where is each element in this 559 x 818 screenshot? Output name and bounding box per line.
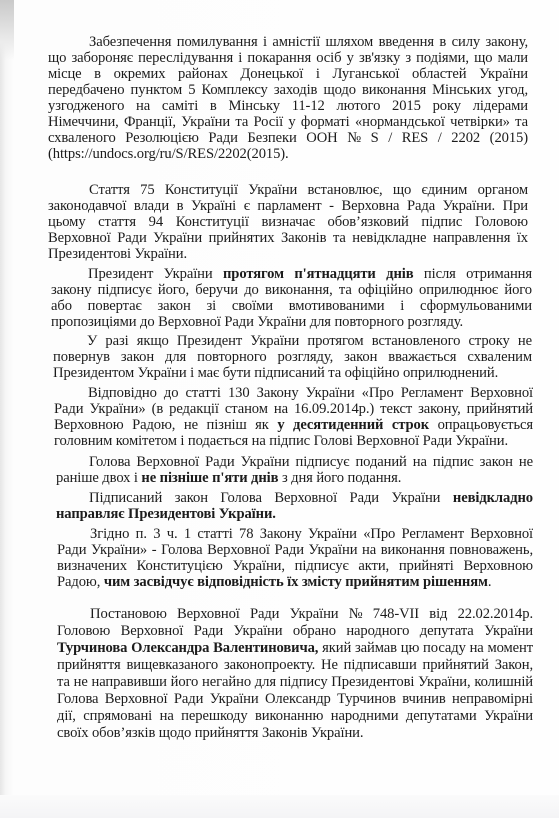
text-run: Підписаний закон Голова Верховної Ради У…: [89, 490, 453, 506]
text-line: визначених Конституцією України, підпису…: [57, 558, 533, 574]
text-run: закону підписує його, беручи до виконанн…: [51, 282, 532, 298]
text-line: раніше двох і не пізніше п'яти днів з дн…: [56, 470, 533, 486]
text-line: місце в окремих районах Донецької і Луга…: [48, 66, 528, 82]
text-line: Постановою Верховної Ради України № 748-…: [90, 606, 533, 622]
text-run: Радою,: [57, 574, 104, 590]
text-run: дії, спрямовані на перешкоду виконанню н…: [57, 708, 533, 724]
text-run: Постановою Верховної Ради України № 748-…: [90, 606, 533, 622]
text-line: узгодженого на саміті в Мінську 11-12 лю…: [48, 98, 528, 114]
text-run: Верховної Ради України прийнятих Законів…: [48, 230, 528, 246]
text-line: Відповідно до статті 130 Закону України …: [88, 385, 533, 401]
text-run: Президент України: [88, 266, 223, 282]
text-line: пропозиціями до Верховної Ради України д…: [51, 314, 532, 330]
text-line: своїх обов’язків щодо прийняття Законів …: [57, 725, 533, 741]
bold-text: чим засвідчує відповідність їх змісту пр…: [104, 574, 488, 590]
bold-text: протягом п'ятнадцяти днів: [223, 266, 414, 282]
text-run: .: [488, 574, 492, 590]
scan-bottom-edge: [0, 795, 559, 818]
text-line: Голова Верховної Ради України Олександр …: [57, 691, 533, 707]
text-line: Верховної Ради України прийнятих Законів…: [48, 230, 528, 246]
text-run: повернув закон для повторного розгляду, …: [53, 349, 532, 365]
bold-text: не пізніше п'яти днів: [141, 470, 278, 486]
text-line: передбачено пунктом 5 Комплексу заходів …: [48, 82, 528, 98]
text-line: закону підписує його, беручи до виконанн…: [51, 282, 532, 298]
text-run: прийняття вищевказаного законопроекту. Н…: [57, 657, 533, 673]
text-line: прийняття вищевказаного законопроекту. Н…: [57, 657, 533, 673]
text-line: цьому стаття 94 Конституції визначає обо…: [48, 214, 528, 230]
text-run: Згідно п. 3 ч. 1 статті 78 Закону Україн…: [90, 526, 533, 542]
text-run: Ради України» (в редакції станом на 16.0…: [54, 401, 533, 417]
text-line: Президентом України і має бути підписани…: [53, 365, 532, 381]
text-run: У разі якщо Президент України протягом в…: [87, 333, 532, 349]
text-run: Президентові України.: [48, 246, 187, 262]
text-run: Голова Верховної Ради України Олександр …: [57, 691, 533, 707]
text-run: або повертає закон зі своїми вмотивовани…: [51, 298, 532, 314]
text-line: Ради України» (в редакції станом на 16.0…: [54, 401, 533, 417]
text-run: схваленого Резолюцією Ради Безпеки ООН №…: [48, 130, 528, 146]
scanned-page: Забезпечення помилування і амністії шлях…: [0, 0, 559, 818]
text-run: Головою Верховної Ради України обрано на…: [57, 623, 533, 639]
text-run: опрацьовується: [429, 417, 533, 433]
text-run: цьому стаття 94 Конституції визначає обо…: [48, 214, 528, 230]
text-run: та не направивши його негайно для підпис…: [57, 674, 533, 690]
text-run: Президентом України і має бути підписани…: [53, 365, 498, 381]
text-line: (https://undocs.org/ru/S/RES/2202(2015).: [48, 146, 528, 162]
text-run: місце в окремих районах Донецької і Луга…: [48, 66, 528, 82]
text-line: Президентові України.: [48, 246, 528, 262]
bold-text: у десятиденний строк: [277, 417, 429, 433]
text-line: повернув закон для повторного розгляду, …: [53, 349, 532, 365]
text-line: Головою Верховної Ради України обрано на…: [57, 623, 533, 639]
bold-text: Турчинова Олександра Валентиновича,: [57, 640, 318, 656]
text-run: Ради України» - Голова Верховної Ради Ук…: [57, 542, 533, 558]
text-line: Стаття 75 Конституції України встановлює…: [89, 182, 528, 198]
text-line: Ради України» - Голова Верховної Ради Ук…: [57, 542, 533, 558]
text-run: який займав цю посаду на момент: [318, 640, 533, 656]
text-line: законодавчої влади в Україні є парламент…: [48, 198, 528, 214]
text-run: Верховною Радою, не пізніш як: [54, 417, 277, 433]
text-run: пропозиціями до Верховної Ради України д…: [51, 314, 463, 330]
text-run: узгодженого на саміті в Мінську 11-12 лю…: [48, 98, 528, 114]
text-run: після отримання: [414, 266, 533, 282]
text-run: законодавчої влади в Україні є парламент…: [48, 198, 528, 214]
text-line: Згідно п. 3 ч. 1 статті 78 Закону Україн…: [90, 526, 533, 542]
text-run: Німеччини, Франції, України та Росії у ф…: [48, 114, 528, 130]
text-run: (https://undocs.org/ru/S/RES/2202(2015).: [48, 146, 289, 162]
bold-text: невідкладно: [453, 490, 533, 506]
text-run: Відповідно до статті 130 Закону України …: [88, 385, 533, 401]
text-line: направляє Президентові України.: [56, 506, 533, 522]
text-line: У разі якщо Президент України протягом в…: [87, 333, 532, 349]
text-line: Верховною Радою, не пізніш як у десятиде…: [54, 417, 533, 433]
text-run: головним комітетом і подається на підпис…: [54, 433, 508, 449]
text-run: своїх обов’язків щодо прийняття Законів …: [57, 725, 363, 741]
text-line: Підписаний закон Голова Верховної Ради У…: [89, 490, 533, 506]
text-line: Німеччини, Франції, України та Росії у ф…: [48, 114, 528, 130]
text-run: визначених Конституцією України, підпису…: [57, 558, 533, 574]
scan-shadow: [0, 0, 14, 60]
text-run: Стаття 75 Конституції України встановлює…: [89, 182, 528, 198]
text-line: дії, спрямовані на перешкоду виконанню н…: [57, 708, 533, 724]
text-line: Радою, чим засвідчує відповідність їх зм…: [57, 574, 533, 590]
text-line: схваленого Резолюцією Ради Безпеки ООН №…: [48, 130, 528, 146]
text-run: Голова Верховної Ради України підписує п…: [89, 454, 533, 470]
text-run: з дня його подання.: [278, 470, 401, 486]
text-line: що забороняє переслідування і покарання …: [48, 50, 528, 66]
text-run: Забезпечення помилування і амністії шлях…: [89, 34, 528, 50]
text-line: Президент України протягом п'ятнадцяти д…: [88, 266, 532, 282]
text-line: головним комітетом і подається на підпис…: [54, 433, 533, 449]
text-line: та не направивши його негайно для підпис…: [57, 674, 533, 690]
text-line: Турчинова Олександра Валентиновича, який…: [57, 640, 533, 656]
bold-text: направляє Президентові України.: [56, 506, 276, 522]
text-run: передбачено пунктом 5 Комплексу заходів …: [48, 82, 528, 98]
text-line: Голова Верховної Ради України підписує п…: [89, 454, 533, 470]
text-run: раніше двох і: [56, 470, 141, 486]
text-line: Забезпечення помилування і амністії шлях…: [89, 34, 528, 50]
text-run: що забороняє переслідування і покарання …: [48, 50, 528, 66]
text-line: або повертає закон зі своїми вмотивовани…: [51, 298, 532, 314]
